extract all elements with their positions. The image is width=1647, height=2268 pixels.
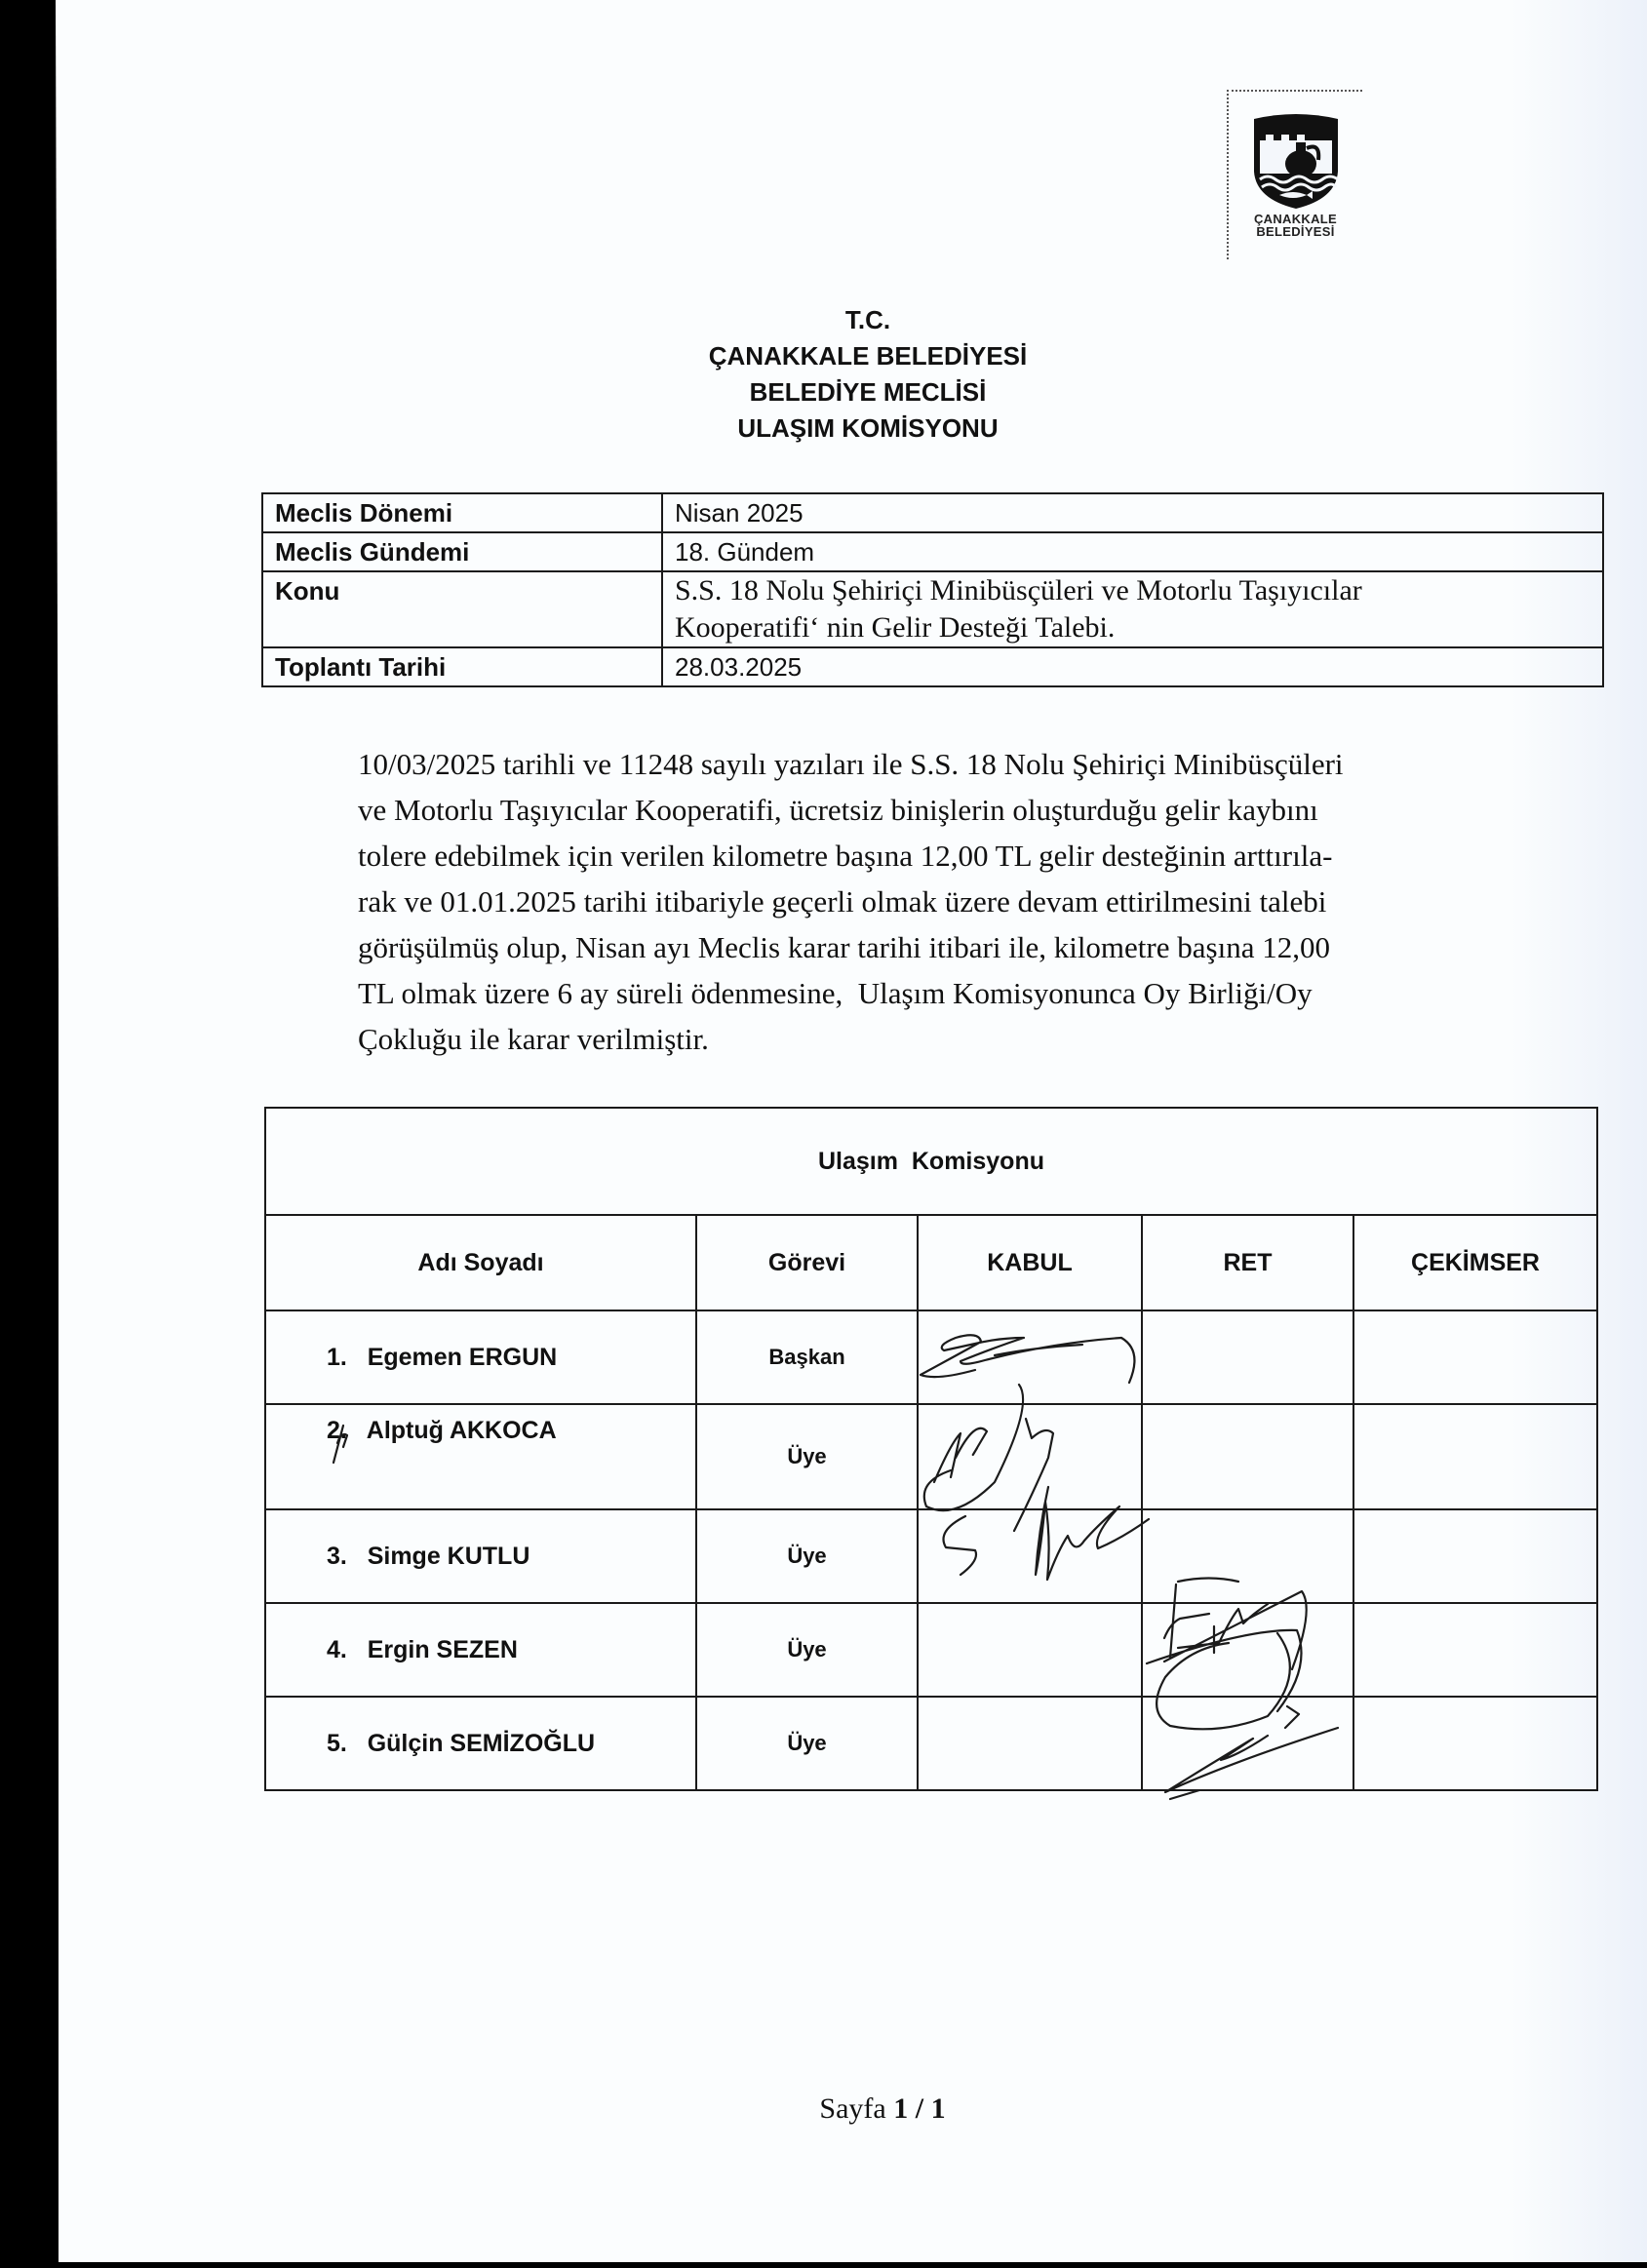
- member-name: 5. Gülçin SEMİZOĞLU: [265, 1697, 696, 1790]
- member-name-text: Gülçin SEMİZOĞLU: [368, 1730, 595, 1757]
- page-footer: Sayfa 1 / 1: [761, 2092, 1004, 2126]
- info-value: 28.03.2025: [662, 647, 1603, 686]
- info-row-subject: Konu S.S. 18 Nolu Şehiriçi Minibüsçüleri…: [262, 571, 1603, 647]
- reject-cell: [1142, 1509, 1353, 1603]
- member-number: 4.: [327, 1636, 347, 1663]
- paragraph-line: ve Motorlu Taşıyıcılar Kooperatifi, ücre…: [358, 787, 1499, 833]
- header-abstain: ÇEKİMSER: [1353, 1215, 1597, 1310]
- info-value-subject: S.S. 18 Nolu Şehiriçi Minibüsçüleri ve M…: [662, 571, 1603, 647]
- member-row: 4. Ergin SEZEN Üye: [265, 1603, 1597, 1697]
- decision-paragraph: 10/03/2025 tarihli ve 11248 sayılı yazıl…: [358, 741, 1499, 1062]
- meeting-info-table: Meclis Dönemi Nisan 2025 Meclis Gündemi …: [261, 492, 1604, 687]
- canakkale-emblem-icon: [1250, 113, 1342, 211]
- page-separator: /: [916, 2092, 923, 2125]
- info-value: Nisan 2025: [662, 493, 1603, 532]
- abstain-cell: [1353, 1310, 1597, 1404]
- member-number: 2.: [327, 1417, 347, 1444]
- scan-edge-left: [0, 0, 59, 2268]
- member-number: 3.: [327, 1543, 347, 1570]
- member-name-text: Alptuğ AKKOCA: [367, 1417, 557, 1444]
- member-row: 1. Egemen ERGUN Başkan: [265, 1310, 1597, 1404]
- member-name-text: Ergin SEZEN: [368, 1636, 518, 1663]
- member-name-text: Egemen ERGUN: [368, 1344, 557, 1371]
- page-total: 1: [931, 2092, 946, 2125]
- header-accept: KABUL: [918, 1215, 1142, 1310]
- info-row-meeting-date: Toplantı Tarihi 28.03.2025: [262, 647, 1603, 686]
- member-role: Üye: [696, 1697, 918, 1790]
- abstain-cell: [1353, 1509, 1597, 1603]
- paragraph-line: görüşülmüş olup, Nisan ayı Meclis karar …: [358, 924, 1499, 970]
- subject-line: Kooperatifi‘ nin Gelir Desteği Talebi.: [675, 609, 1590, 646]
- info-row-agenda: Meclis Gündemi 18. Gündem: [262, 532, 1603, 571]
- header-line-municipality: ÇANAKKALE BELEDİYESİ: [585, 338, 1151, 374]
- page-current: 1: [893, 2092, 908, 2125]
- municipality-logo: ÇANAKKALE BELEDİYESİ: [1227, 90, 1362, 259]
- commission-vote-table: Ulaşım Komisyonu Adı Soyadı Görevi KABUL…: [264, 1107, 1598, 1791]
- info-label: Konu: [262, 571, 662, 647]
- accept-cell: [918, 1404, 1142, 1509]
- header-reject: RET: [1142, 1215, 1353, 1310]
- accept-cell: [918, 1603, 1142, 1697]
- header-line-council: BELEDİYE MECLİSİ: [585, 374, 1151, 411]
- member-role: Üye: [696, 1509, 918, 1603]
- vote-table-header-row: Adı Soyadı Görevi KABUL RET ÇEKİMSER: [265, 1215, 1597, 1310]
- member-row: 2. Alptuğ AKKOCA Üye: [265, 1404, 1597, 1509]
- abstain-cell: [1353, 1404, 1597, 1509]
- member-name: 3. Simge KUTLU: [265, 1509, 696, 1603]
- header-name: Adı Soyadı: [265, 1215, 696, 1310]
- vote-table-title-row: Ulaşım Komisyonu: [265, 1108, 1597, 1215]
- paragraph-line: Çokluğu ile karar verilmiştir.: [358, 1016, 1499, 1062]
- paragraph-line: TL olmak üzere 6 ay süreli ödenmesine, U…: [358, 970, 1499, 1016]
- member-role: Üye: [696, 1603, 918, 1697]
- member-number: 5.: [327, 1730, 347, 1757]
- header-line-tc: T.C.: [585, 302, 1151, 338]
- header-role: Görevi: [696, 1215, 918, 1310]
- accept-cell: [918, 1310, 1142, 1404]
- reject-cell: [1142, 1310, 1353, 1404]
- member-row: 3. Simge KUTLU Üye: [265, 1509, 1597, 1603]
- info-label: Meclis Gündemi: [262, 532, 662, 571]
- info-label: Meclis Dönemi: [262, 493, 662, 532]
- abstain-cell: [1353, 1603, 1597, 1697]
- member-name: 2. Alptuğ AKKOCA: [265, 1404, 696, 1509]
- info-row-period: Meclis Dönemi Nisan 2025: [262, 493, 1603, 532]
- member-role: Başkan: [696, 1310, 918, 1404]
- abstain-cell: [1353, 1697, 1597, 1790]
- accept-cell: [918, 1509, 1142, 1603]
- member-name: 4. Ergin SEZEN: [265, 1603, 696, 1697]
- info-value: 18. Gündem: [662, 532, 1603, 571]
- info-label: Toplantı Tarihi: [262, 647, 662, 686]
- scan-edge-bottom: [0, 2262, 1647, 2268]
- subject-line: S.S. 18 Nolu Şehiriçi Minibüsçüleri ve M…: [675, 572, 1590, 609]
- member-name: 1. Egemen ERGUN: [265, 1310, 696, 1404]
- paragraph-line: 10/03/2025 tarihli ve 11248 sayılı yazıl…: [358, 741, 1499, 787]
- reject-cell: [1142, 1697, 1353, 1790]
- member-name-text: Simge KUTLU: [368, 1543, 530, 1570]
- member-row: 5. Gülçin SEMİZOĞLU Üye: [265, 1697, 1597, 1790]
- accept-cell: [918, 1697, 1142, 1790]
- member-role: Üye: [696, 1404, 918, 1509]
- reject-cell: [1142, 1404, 1353, 1509]
- page-label: Sayfa: [819, 2092, 885, 2125]
- member-number: 1.: [327, 1344, 347, 1371]
- paragraph-line: rak ve 01.01.2025 tarihi itibariyle geçe…: [358, 879, 1499, 924]
- vote-table-title: Ulaşım Komisyonu: [265, 1108, 1597, 1215]
- header-line-commission: ULAŞIM KOMİSYONU: [585, 411, 1151, 447]
- document-header: T.C. ÇANAKKALE BELEDİYESİ BELEDİYE MECLİ…: [585, 302, 1151, 447]
- paragraph-line: tolere edebilmek için verilen kilometre …: [358, 833, 1499, 879]
- logo-text-line2: BELEDİYESİ: [1229, 225, 1362, 238]
- reject-cell: [1142, 1603, 1353, 1697]
